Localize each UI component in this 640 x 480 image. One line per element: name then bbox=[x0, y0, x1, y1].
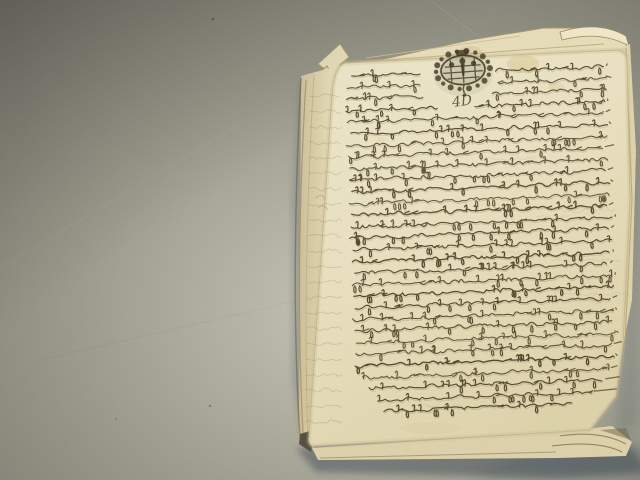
photo-effects bbox=[0, 0, 640, 480]
manuscript-photo-canvas: 4D bbox=[0, 0, 640, 480]
manuscript-photo: 4D bbox=[0, 0, 640, 480]
